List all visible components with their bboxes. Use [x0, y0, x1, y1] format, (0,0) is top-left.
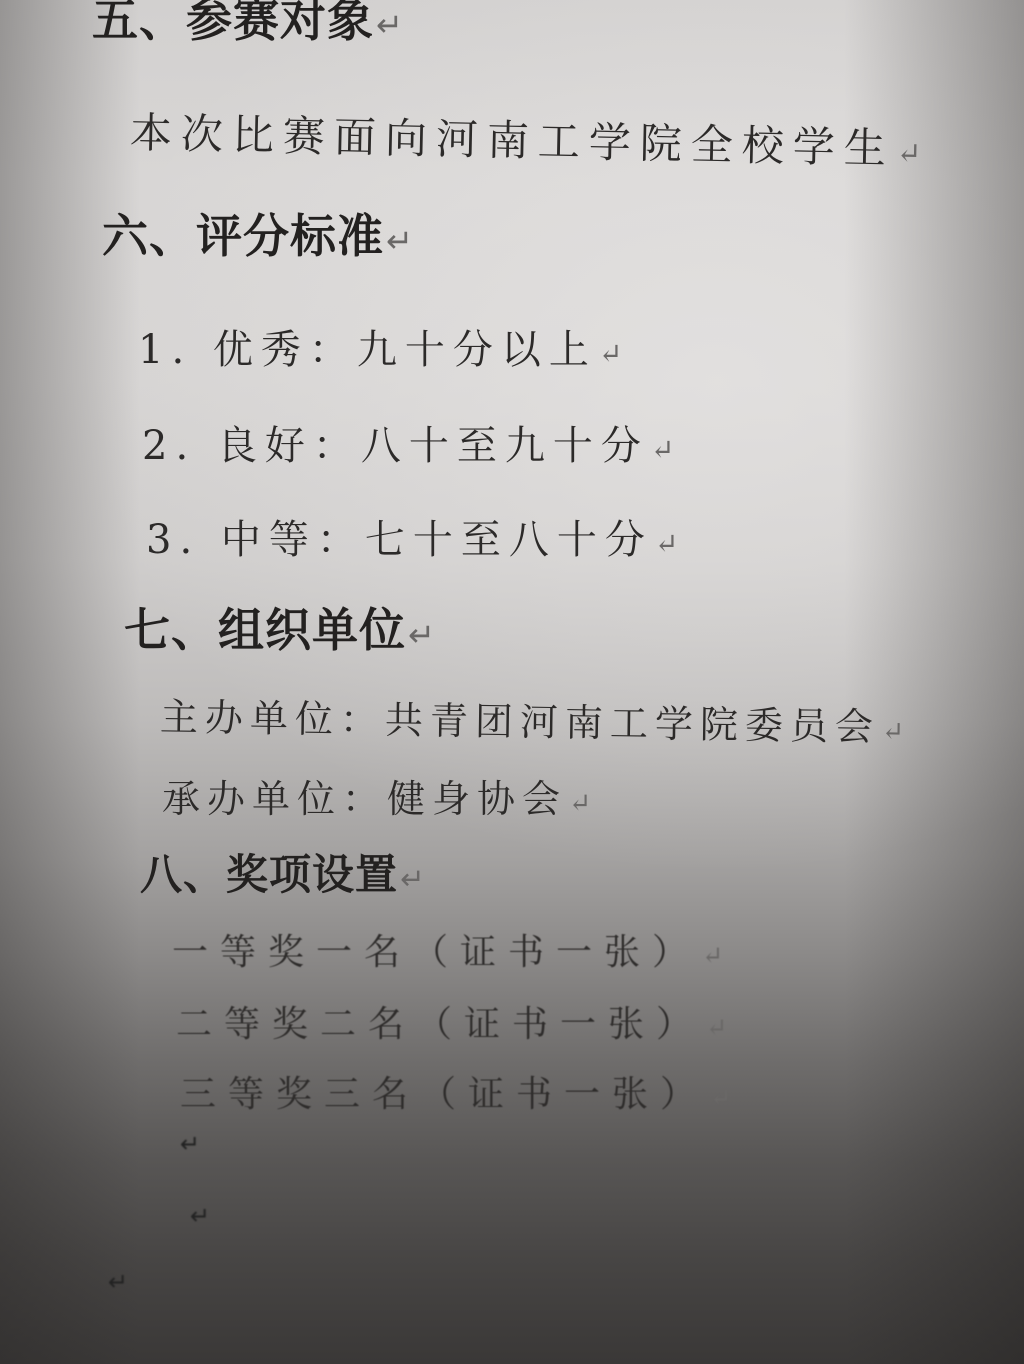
paragraph-mark-icon: ↵ — [599, 337, 622, 370]
paragraph-mark-icon: ↵ — [408, 616, 435, 654]
paragraph-mark-icon: ↵ — [569, 788, 591, 819]
paragraph-mark-icon: ↵ — [386, 222, 413, 260]
paragraph-mark-icon: ↵ — [655, 527, 678, 560]
award-second-prize: 二等奖二名（证书一张）↵ — [176, 996, 727, 1047]
line-text: 承办单位：健身协会 — [162, 777, 567, 821]
paragraph-mark-icon: ↵ — [400, 862, 425, 896]
paragraph-mark-icon: ↵ — [706, 1013, 727, 1042]
paragraph-mark-icon: ↵ — [651, 433, 674, 466]
heading-text: 六、评分标准 — [102, 209, 384, 263]
section-heading-scoring: 六、评分标准↵ — [102, 200, 413, 266]
line-text: 一等奖一名（证书一张） — [172, 932, 700, 973]
scoring-item-excellent: 1. 优秀：九十分以上↵ — [138, 318, 622, 375]
organizer-host: 主办单位：共青团河南工学院委员会↵ — [160, 686, 905, 751]
section-heading-participants: 五、参赛对象↵ — [92, 0, 403, 50]
line-text: 主办单位：共青团河南工学院委员会 — [160, 695, 881, 749]
paragraph-mark-icon: ↵ — [882, 716, 905, 747]
document-page: 五、参赛对象↵ 本次比赛面向河南工学院全校学生↵ 六、评分标准↵ 1. 优秀：九… — [0, 0, 1024, 1364]
line-text: 三等奖三名（证书一张） — [180, 1074, 708, 1115]
section-heading-awards: 八、奖项设置↵ — [140, 842, 425, 902]
heading-text: 七、组织单位 — [124, 603, 406, 657]
paragraph-mark-icon: ↵ — [710, 1083, 731, 1112]
award-first-prize: 一等奖一名（证书一张）↵ — [172, 924, 723, 975]
line-text: 本次比赛面向河南工学院全校学生 — [129, 108, 895, 173]
participants-text: 本次比赛面向河南工学院全校学生↵ — [129, 100, 922, 177]
empty-paragraph-mark-icon: ↵ — [190, 1202, 210, 1230]
line-text: 1. 优秀：九十分以上 — [138, 327, 597, 373]
paragraph-mark-icon: ↵ — [702, 941, 723, 970]
line-text: 3. 中等：七十至八十分 — [146, 517, 653, 563]
line-text: 2. 良好：八十至九十分 — [142, 423, 649, 469]
organizer-undertaker: 承办单位：健身协会↵ — [162, 768, 591, 823]
empty-paragraph-mark-icon: ↵ — [180, 1130, 200, 1158]
paragraph-mark-icon: ↵ — [376, 6, 403, 44]
heading-text: 五、参赛对象 — [92, 0, 374, 47]
scoring-item-average: 3. 中等：七十至八十分↵ — [146, 508, 678, 565]
line-text: 二等奖二名（证书一张） — [176, 1004, 704, 1045]
heading-text: 八、奖项设置 — [140, 850, 398, 899]
empty-paragraph-mark-icon: ↵ — [108, 1268, 128, 1296]
paragraph-mark-icon: ↵ — [896, 136, 921, 171]
section-heading-organizers: 七、组织单位↵ — [124, 594, 435, 660]
scoring-item-good: 2. 良好：八十至九十分↵ — [142, 414, 674, 471]
award-third-prize: 三等奖三名（证书一张）↵ — [180, 1066, 731, 1117]
